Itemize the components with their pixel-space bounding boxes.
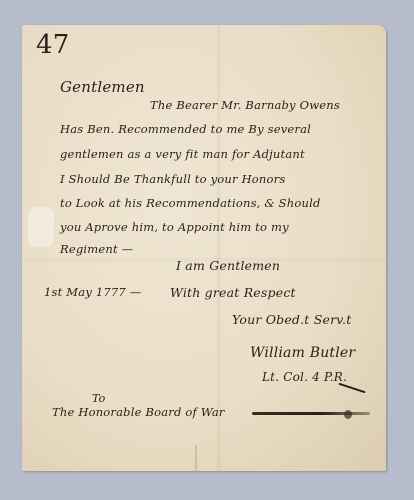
closing-line-2: With great Respect xyxy=(170,285,296,300)
salutation: Gentlemen xyxy=(60,78,145,96)
address-to: To xyxy=(92,392,106,405)
closing-line-1: I am Gentlemen xyxy=(176,258,280,273)
closing-line-3: Your Obed.t Serv.t xyxy=(232,312,351,327)
paper-stain xyxy=(28,207,54,247)
ink-blot xyxy=(344,410,352,419)
paper-fold xyxy=(195,445,197,471)
body-line-5: to Look at his Recommendations, & Should xyxy=(60,196,321,210)
address-recipient: The Honorable Board of War xyxy=(52,405,225,419)
body-line-4: I Should Be Thankfull to your Honors xyxy=(60,172,285,186)
letter-date: 1st May 1777 — xyxy=(44,285,142,299)
ink-flourish-line xyxy=(252,412,370,415)
body-line-6: you Aprove him, to Appoint him to my xyxy=(60,220,289,234)
body-line-1: The Bearer Mr. Barnaby Owens xyxy=(150,98,340,112)
body-line-7: Regiment — xyxy=(60,242,133,256)
signature-name: William Butler xyxy=(250,345,355,361)
signature-title: Lt. Col. 4 P.R. xyxy=(262,370,347,384)
body-line-3: gentlemen as a very fit man for Adjutant xyxy=(60,147,305,161)
page-number: 47 xyxy=(36,30,69,60)
body-line-2: Has Ben. Recommended to me By several xyxy=(60,122,311,136)
